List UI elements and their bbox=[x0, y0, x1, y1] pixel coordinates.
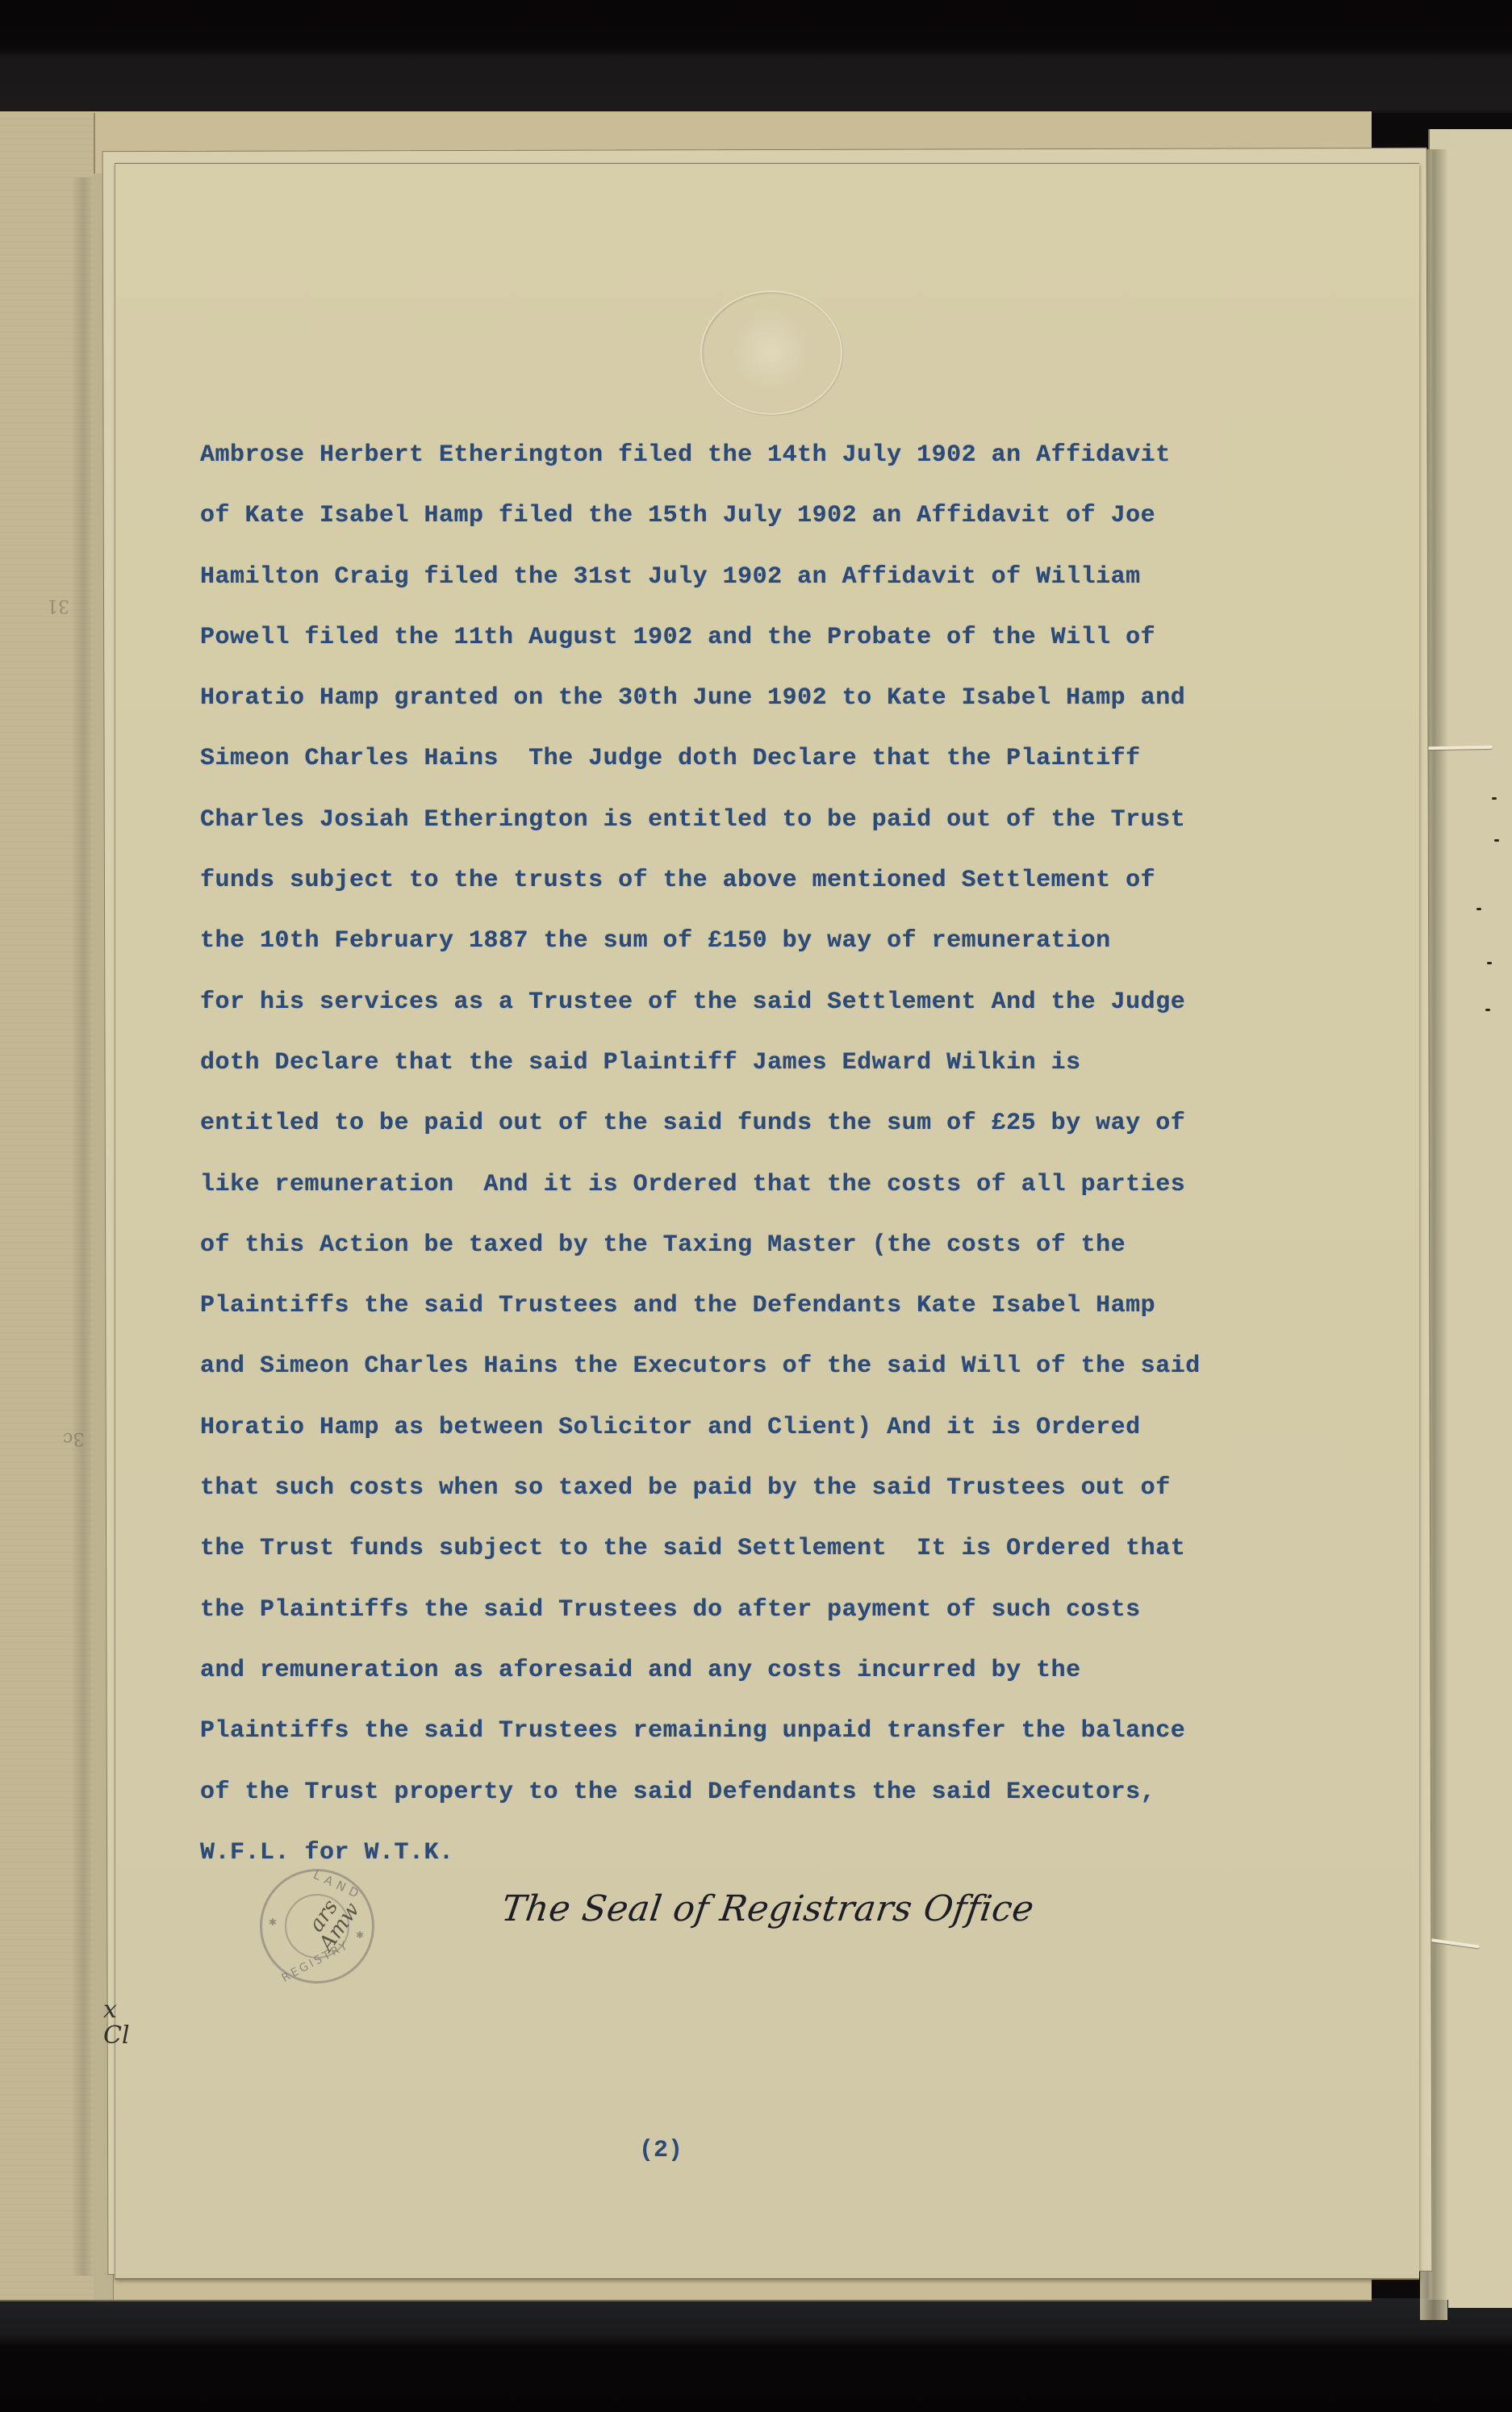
coat-of-arms-relief bbox=[734, 312, 807, 389]
text-line: of the Trust property to the said Defend… bbox=[200, 1770, 1346, 1830]
page-number: (2) bbox=[639, 2137, 683, 2164]
ghost-mark-2: 3c bbox=[63, 1428, 84, 1448]
pinhole bbox=[1487, 962, 1492, 964]
text-line: like remuneration And it is Ordered that… bbox=[200, 1162, 1346, 1223]
text-line: the Plaintiffs the said Trustees do afte… bbox=[200, 1587, 1346, 1648]
ghost-mark-1: 31 bbox=[47, 596, 69, 616]
text-line: the Trust funds subject to the said Sett… bbox=[200, 1526, 1346, 1586]
pinhole bbox=[1476, 908, 1481, 910]
text-line: Hamilton Craig filed the 31st July 1902 … bbox=[200, 554, 1346, 615]
text-line: that such costs when so taxed be paid by… bbox=[200, 1465, 1346, 1526]
text-line: funds subject to the trusts of the above… bbox=[200, 858, 1346, 918]
text-line: Horatio Hamp granted on the 30th June 19… bbox=[200, 675, 1346, 736]
text-line: Ambrose Herbert Etherington filed the 14… bbox=[200, 433, 1346, 493]
signature-initials-line: W.F.L. for W.T.K. bbox=[200, 1830, 1346, 1891]
text-line: doth Declare that the said Plaintiff Jam… bbox=[200, 1040, 1346, 1101]
pinhole bbox=[1494, 839, 1499, 842]
star-icon: ✱ bbox=[356, 1929, 364, 1942]
embossed-royal-seal-icon bbox=[700, 291, 842, 415]
text-line: Simeon Charles Hains The Judge doth Decl… bbox=[200, 736, 1346, 796]
text-line: the 10th February 1887 the sum of £150 b… bbox=[200, 918, 1346, 979]
text-line: Plaintiffs the said Trustees and the Def… bbox=[200, 1283, 1346, 1344]
book-cover-bottom bbox=[0, 2298, 1512, 2412]
text-line: Charles Josiah Etherington is entitled t… bbox=[200, 797, 1346, 858]
land-registry-stamp-icon: LAND REGISTRY ars Amw ✱ ✱ bbox=[260, 1869, 374, 1984]
adjacent-page-right-edge bbox=[1448, 129, 1512, 2308]
text-line: entitled to be paid out of the said fund… bbox=[200, 1101, 1346, 1161]
text-line: for his services as a Trustee of the sai… bbox=[200, 980, 1346, 1040]
typed-order-text: Ambrose Herbert Etherington filed the 14… bbox=[200, 433, 1346, 1891]
text-line: of Kate Isabel Hamp filed the 15th July … bbox=[200, 493, 1346, 554]
pinhole bbox=[1492, 797, 1497, 800]
margin-handwritten-note: x Cl bbox=[103, 1997, 127, 2049]
star-icon: ✱ bbox=[269, 1917, 277, 1929]
text-line: of this Action be taxed by the Taxing Ma… bbox=[200, 1223, 1346, 1283]
book-cover-top bbox=[0, 0, 1512, 113]
stub-shadow bbox=[71, 178, 95, 2276]
pinhole bbox=[1485, 1009, 1490, 1011]
handwritten-seal-note: The Seal of Registrars Office bbox=[499, 1888, 1037, 1929]
text-line: Horatio Hamp as between Solicitor and Cl… bbox=[200, 1405, 1346, 1465]
text-line: and remuneration as aforesaid and any co… bbox=[200, 1648, 1346, 1708]
text-line: Powell filed the 11th August 1902 and th… bbox=[200, 615, 1346, 675]
text-line: Plaintiffs the said Trustees remaining u… bbox=[200, 1708, 1346, 1769]
text-line: and Simeon Charles Hains the Executors o… bbox=[200, 1344, 1346, 1404]
